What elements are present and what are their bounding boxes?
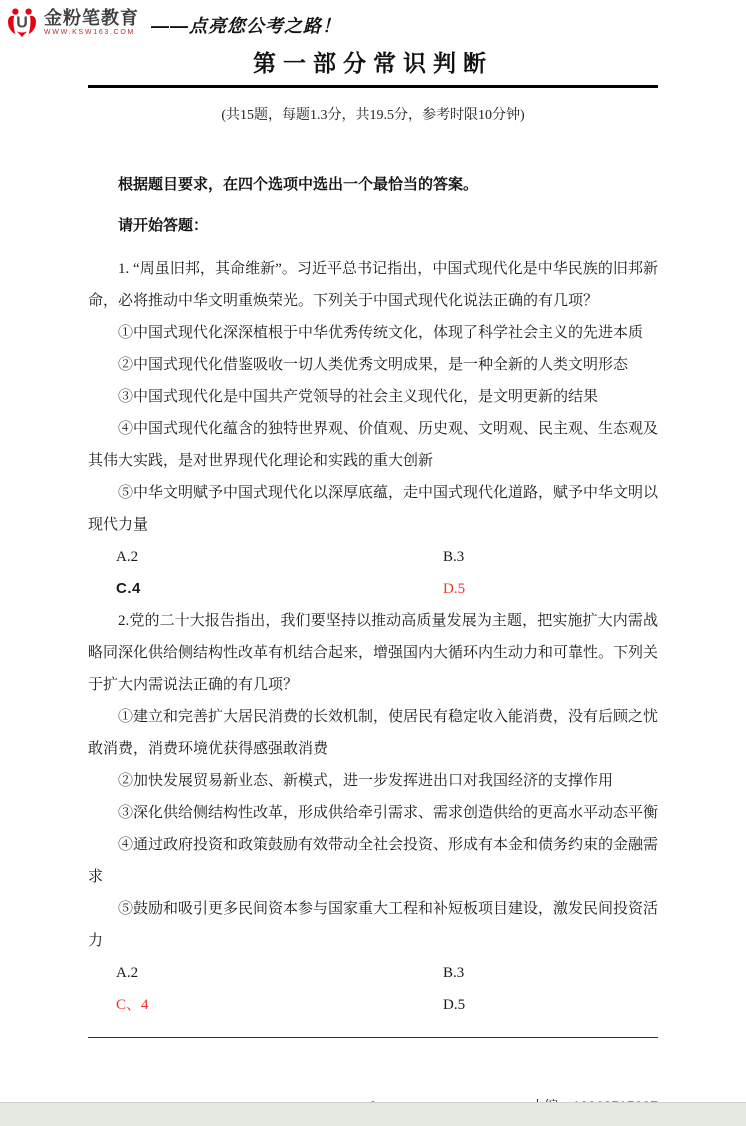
brand-name: 金粉笔教育 (44, 8, 139, 28)
question-1-options: A.2 B.3 C.4 D.5 (88, 541, 658, 605)
question-1: 1. “周虽旧邦，其命维新”。习近平总书记指出，中国式现代化是中华民族的旧邦新命… (88, 253, 658, 605)
brand-u-shield-icon: U (5, 7, 39, 38)
instruction-text: 根据题目要求，在四个选项中选出一个最恰当的答案。 (88, 166, 658, 204)
question-1-item-2: ②中国式现代化借鉴吸收一切人类优秀文明成果，是一种全新的人类文明形态 (88, 349, 658, 381)
question-2-item-2: ②加快发展贸易新业态、新模式，进一步发挥进出口对我国经济的支撑作用 (88, 765, 658, 797)
section-title: 第一部分常识判断 (0, 48, 746, 78)
question-2-option-d: D.5 (443, 989, 658, 1021)
question-2-item-5: ⑤鼓励和吸引更多民间资本参与国家重大工程和补短板项目建设，激发民间投资活力 (88, 893, 658, 957)
question-2-item-3: ③深化供给侧结构性改革，形成供给牵引需求、需求创造供给的更高水平动态平衡 (88, 797, 658, 829)
question-2-option-c: C、4 (116, 989, 443, 1021)
document-page: U 金粉笔教育 WWW.KSW163.COM ——点亮您公考之路！ 第一部分常识… (0, 0, 746, 1126)
section-meta: (共15题，每题1.3分，共19.5分，参考时限10分钟) (88, 107, 658, 124)
page-header: U 金粉笔教育 WWW.KSW163.COM ——点亮您公考之路！ (0, 0, 746, 42)
brand-logo: U 金粉笔教育 WWW.KSW163.COM (5, 7, 139, 38)
question-2-option-a: A.2 (116, 957, 443, 989)
start-answering-label: 请开始答题： (88, 207, 658, 245)
questions-body: 1. “周虽旧邦，其命维新”。习近平总书记指出，中国式现代化是中华民族的旧邦新命… (88, 253, 658, 1021)
title-rule (88, 85, 658, 88)
question-1-stem: 1. “周虽旧邦，其命维新”。习近平总书记指出，中国式现代化是中华民族的旧邦新命… (88, 253, 658, 317)
footer-rule (88, 1037, 658, 1038)
question-1-option-d: D.5 (443, 573, 658, 605)
question-2-item-4: ④通过政府投资和政策鼓励有效带动全社会投资、形成有本金和债务约束的金融需求 (88, 829, 658, 893)
brand-text: 金粉笔教育 WWW.KSW163.COM (44, 8, 139, 37)
question-2-item-1: ①建立和完善扩大居民消费的长效机制，使居民有稳定收入能消费，没有后顾之忧敢消费，… (88, 701, 658, 765)
question-1-item-4: ④中国式现代化蕴含的独特世界观、价值观、历史观、文明观、民主观、生态观及其伟大实… (88, 413, 658, 477)
question-1-option-b: B.3 (443, 541, 658, 573)
question-1-item-3: ③中国式现代化是中国共产党领导的社会主义现代化，是文明更新的结果 (88, 381, 658, 413)
question-2-option-b: B.3 (443, 957, 658, 989)
viewer-background-band (0, 1102, 746, 1126)
svg-text:U: U (16, 14, 28, 32)
question-2: 2.党的二十大报告指出，我们要坚持以推动高质量发展为主题，把实施扩大内需战略同深… (88, 605, 658, 1021)
brand-slogan: ——点亮您公考之路！ (151, 7, 341, 38)
question-1-option-c: C.4 (116, 573, 443, 605)
brand-url: WWW.KSW163.COM (44, 29, 139, 37)
question-1-item-5: ⑤中华文明赋予中国式现代化以深厚底蕴，走中国式现代化道路，赋予中华文明以现代力量 (88, 477, 658, 541)
question-1-option-a: A.2 (116, 541, 443, 573)
question-2-options: A.2 B.3 C、4 D.5 (88, 957, 658, 1021)
question-2-stem: 2.党的二十大报告指出，我们要坚持以推动高质量发展为主题，把实施扩大内需战略同深… (88, 605, 658, 701)
question-1-item-1: ①中国式现代化深深植根于中华优秀传统文化，体现了科学社会主义的先进本质 (88, 317, 658, 349)
